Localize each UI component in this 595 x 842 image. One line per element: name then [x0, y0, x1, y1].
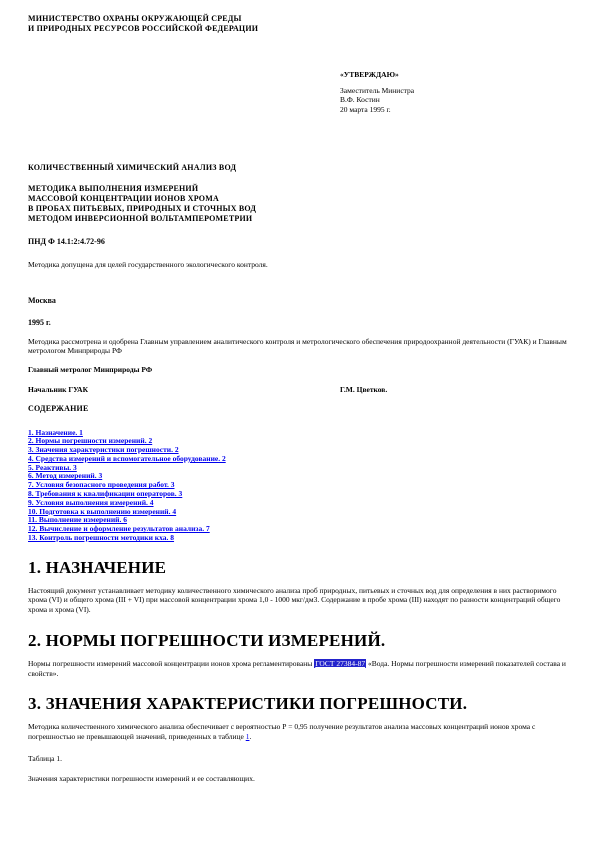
section-2-paragraph: Нормы погрешности измерений массовой кон… — [28, 659, 568, 678]
signature-name: Г.М. Цветков. — [340, 385, 387, 394]
chief-metrologist-line: Главный метролог Минприроды РФ — [28, 365, 568, 374]
title-line-4: МЕТОДОМ ИНВЕРСИОННОЙ ВОЛЬТАМПЕРОМЕТРИИ — [28, 214, 568, 224]
gost-27384-87-link[interactable]: ГОСТ 27384-87 — [314, 659, 366, 668]
signature-row: Начальник ГУАК Г.М. Цветков. — [28, 385, 568, 395]
approval-stamp-label: «УТВЕРЖДАЮ» — [340, 70, 414, 80]
document-subject: КОЛИЧЕСТВЕННЫЙ ХИМИЧЕСКИЙ АНАЛИЗ ВОД — [28, 163, 568, 173]
title-line-2: МАССОВОЙ КОНЦЕНТРАЦИИ ИОНОВ ХРОМА — [28, 194, 568, 204]
document-content: МИНИСТЕРСТВО ОХРАНЫ ОКРУЖАЮЩЕЙ СРЕДЫ И П… — [0, 0, 595, 783]
section-3-paragraph: Методика количественного химического ана… — [28, 722, 568, 741]
section-2-heading: 2. НОРМЫ ПОГРЕШНОСТИ ИЗМЕРЕНИЙ. — [28, 631, 568, 651]
section-3-text-before: Методика количественного химического ана… — [28, 722, 535, 741]
city-label: Москва — [28, 296, 568, 305]
title-line-1: МЕТОДИКА ВЫПОЛНЕНИЯ ИЗМЕРЕНИЙ — [28, 184, 568, 194]
toc-link-5[interactable]: 5. Реактивы. 3 — [28, 464, 568, 473]
permission-note: Методика допущена для целей государствен… — [28, 260, 568, 270]
table-1-note: Значения характеристики погрешности изме… — [28, 774, 568, 783]
section-3-text-after: . — [249, 732, 251, 741]
document-page: «УТВЕРЖДАЮ» Заместитель Министра В.Ф. Ко… — [0, 0, 595, 842]
ministry-line-1: МИНИСТЕРСТВО ОХРАНЫ ОКРУЖАЮЩЕЙ СРЕДЫ — [28, 14, 568, 24]
title-line-3: В ПРОБАХ ПИТЬЕВЫХ, ПРИРОДНЫХ И СТОЧНЫХ В… — [28, 204, 568, 214]
toc-link-4[interactable]: 4. Средства измерений и вспомогательное … — [28, 455, 568, 464]
reviewed-paragraph: Методика рассмотрена и одобрена Главным … — [28, 337, 568, 356]
approval-name: В.Ф. Костин — [340, 95, 414, 105]
approval-date: 20 марта 1995 г. — [340, 105, 414, 115]
approval-position: Заместитель Министра — [340, 86, 414, 96]
section-3-heading: 3. ЗНАЧЕНИЯ ХАРАКТЕРИСТИКИ ПОГРЕШНОСТИ. — [28, 694, 568, 714]
section-1-heading: 1. НАЗНАЧЕНИЕ — [28, 558, 568, 578]
approval-stamp-block: «УТВЕРЖДАЮ» Заместитель Министра В.Ф. Ко… — [340, 70, 414, 114]
head-guak-label: Начальник ГУАК — [28, 385, 88, 394]
document-number: ПНД Ф 14.1:2:4.72-96 — [28, 237, 568, 246]
toc-list: 1. Назначение. 1 2. Нормы погрешности из… — [28, 429, 568, 543]
section-1-paragraph: Настоящий документ устанавливает методик… — [28, 586, 568, 615]
ministry-header: МИНИСТЕРСТВО ОХРАНЫ ОКРУЖАЮЩЕЙ СРЕДЫ И П… — [28, 14, 568, 34]
ministry-line-2: И ПРИРОДНЫХ РЕСУРСОВ РОССИЙСКОЙ ФЕДЕРАЦИ… — [28, 24, 568, 34]
table-1-caption: Таблица 1. — [28, 754, 568, 763]
section-2-text-before: Нормы погрешности измерений массовой кон… — [28, 659, 314, 668]
toc-title: СОДЕРЖАНИЕ — [28, 404, 568, 413]
document-title: МЕТОДИКА ВЫПОЛНЕНИЯ ИЗМЕРЕНИЙ МАССОВОЙ К… — [28, 184, 568, 224]
toc-link-13[interactable]: 13. Контроль погрешности методики кха. 8 — [28, 534, 568, 543]
year-label: 1995 г. — [28, 318, 568, 327]
